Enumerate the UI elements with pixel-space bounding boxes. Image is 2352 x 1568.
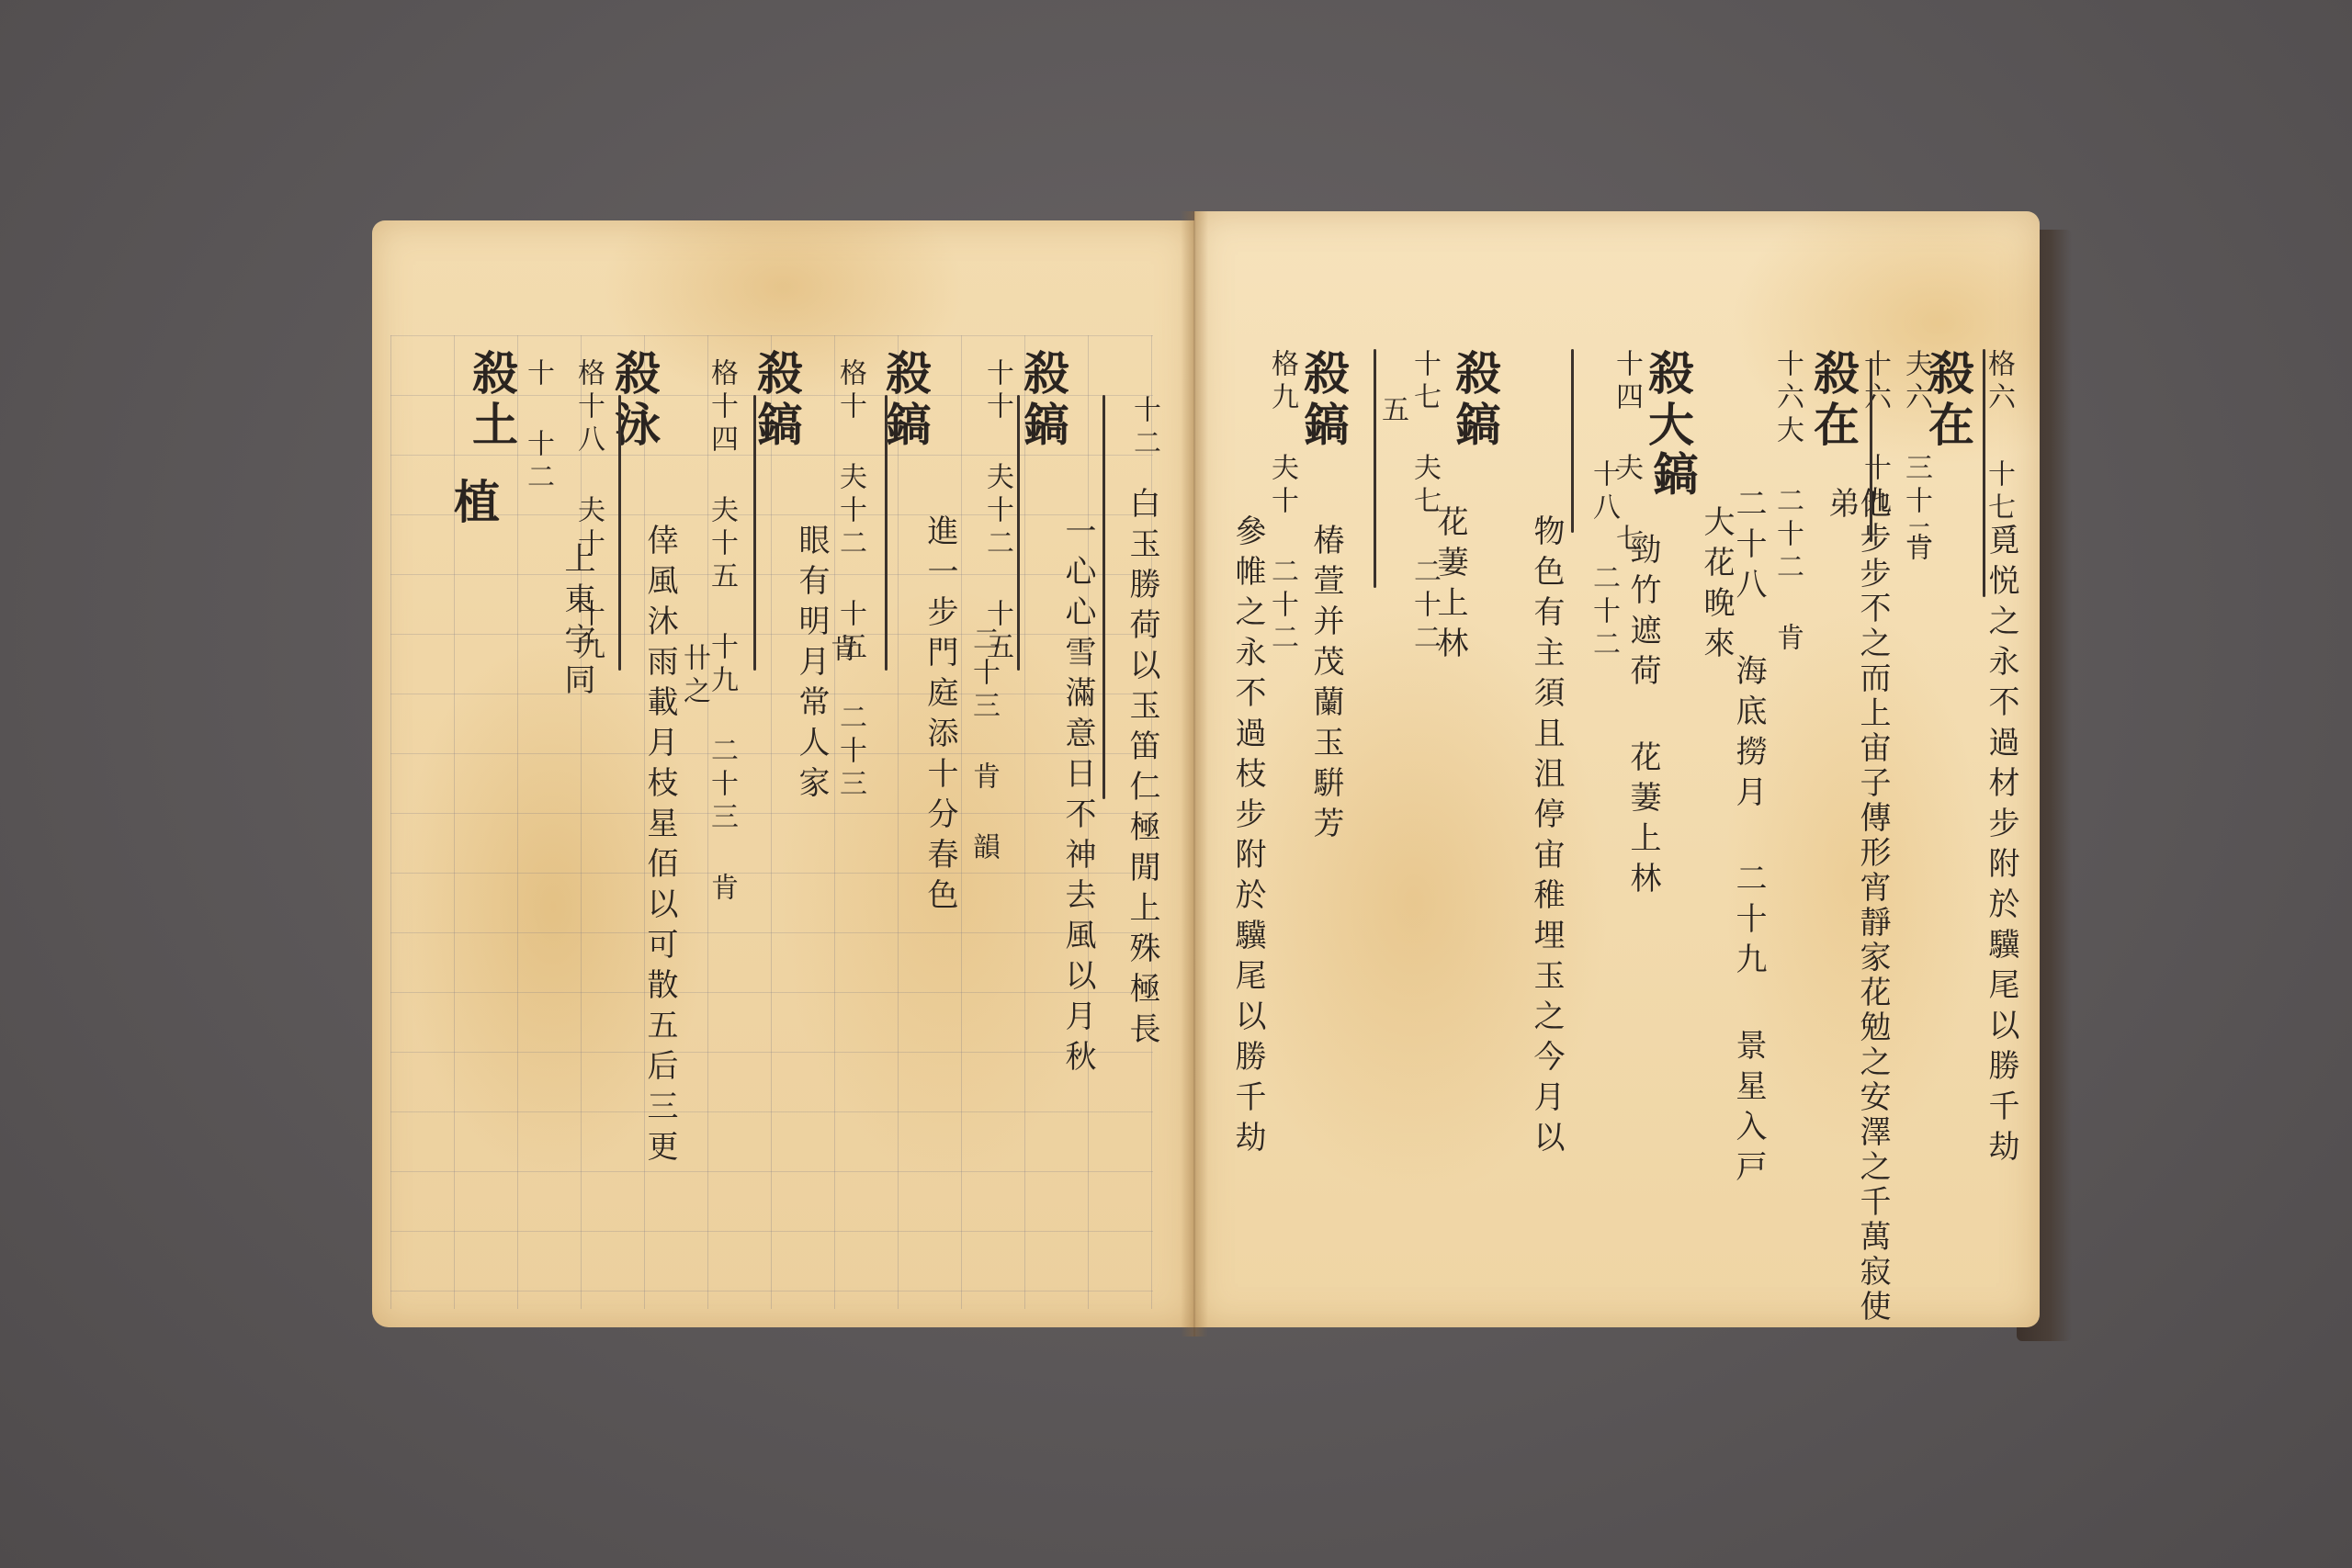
column-text: 白玉勝荷以玉笛仁極閒上殊極長 [1126,487,1158,1053]
column-subheading: 格十四 夫十五 十九 二十三 肯 [707,358,735,906]
column-note: 五 [1378,395,1406,428]
column-heading: 殺鎬 [1300,349,1346,452]
column-note: 卄之 [680,643,707,709]
column-text: 參帷之永不過枝步附於驥尾以勝千劫 [1232,514,1263,1161]
column-heading: 十二 [1130,395,1158,461]
column-text: 進一步門庭添十分春色 [924,514,955,919]
column-text: 二十八 海底撈月 二十九 景星入戸 [1733,487,1764,1190]
right-page: 格六 十七 覓悦之永不過材步附於驥尾以勝千劫 殺在 夫六 三十二 肯 殺在 十六… [1194,211,2040,1327]
column-heading-2: 鎬 [1649,450,1695,502]
left-page: 十二 白玉勝荷以玉笛仁極閒上殊極長 殺鎬 十十 夫十二 十五 一心心雪滿意日不神… [372,220,1194,1327]
column-text: 勁竹遮荷 花萋上林 [1627,533,1658,902]
column-heading: 殺在 [1810,349,1856,452]
column-subheading: 十十 夫十二 十五 [983,358,1011,665]
column-subheading: 十 十二 [524,358,551,495]
column-heading: 殺大 [1645,349,1690,452]
column-note: 二十三 肯 韻 [969,625,997,865]
column-subheading: 十七 [1984,459,2012,525]
book-spine-gutter [1181,211,1208,1337]
column-text: 他步步不之而上宙子傳形宵靜家花勉之安澤之千萬寂使弟 [1826,487,1888,1327]
column-rule [1017,395,1020,671]
column-heading: 殺鎬 [882,349,928,452]
column-heading: 殺土 [469,349,514,452]
ruled-grid [390,335,1153,1309]
column-rule [753,395,756,671]
column-text: 椿萱并茂蘭玉騈芳 [1310,524,1341,847]
column-rule [885,395,888,671]
column-rule [1870,358,1872,542]
column-rule [1374,349,1376,588]
column-subheading: 十八 二十二 [1589,459,1617,662]
column-heading: 殺鎬 [1452,349,1498,452]
column-heading: 殺鎬 [753,349,799,452]
column-text: 眼有明月常人家 [796,524,827,807]
column-text: 花萋上林 [1434,505,1465,667]
column-text: 一心心雪滿意日不神去風以月秋 [1062,514,1093,1080]
column-text: 物色有主須且沮停宙稚埋玉之今月以 [1531,514,1562,1161]
column-text: 植 [450,478,496,529]
column-subheading: 格十 夫十二 十五 二十三 [836,358,864,802]
open-book: 十二 白玉勝荷以玉笛仁極閒上殊極長 殺鎬 十十 夫十二 十五 一心心雪滿意日不神… [372,211,2040,1337]
column-note: 肯 [827,634,854,667]
column-rule [1571,349,1574,533]
column-text: 大花晚來 [1701,505,1732,667]
column-text: 倖風沐雨載月枝星佰以可散五后三更 [644,524,675,1170]
column-heading: 殺鎬 [1020,349,1066,452]
column-rule [1102,395,1105,799]
column-subheading: 十六大 二十二 肯 [1773,349,1801,656]
column-text: 覓悦之永不過材步附於驥尾以勝千劫 [1985,524,2017,1170]
column-rule [1983,349,1985,597]
column-heading: 格六 [1984,349,2012,415]
column-text: 肯 [1902,533,1929,566]
column-subheading: 格九 夫十 二十二 [1268,349,1295,656]
column-subheading: 夫六 三十二 [1902,349,1929,552]
column-note: 上東字同 [561,542,593,704]
column-rule [618,395,621,671]
